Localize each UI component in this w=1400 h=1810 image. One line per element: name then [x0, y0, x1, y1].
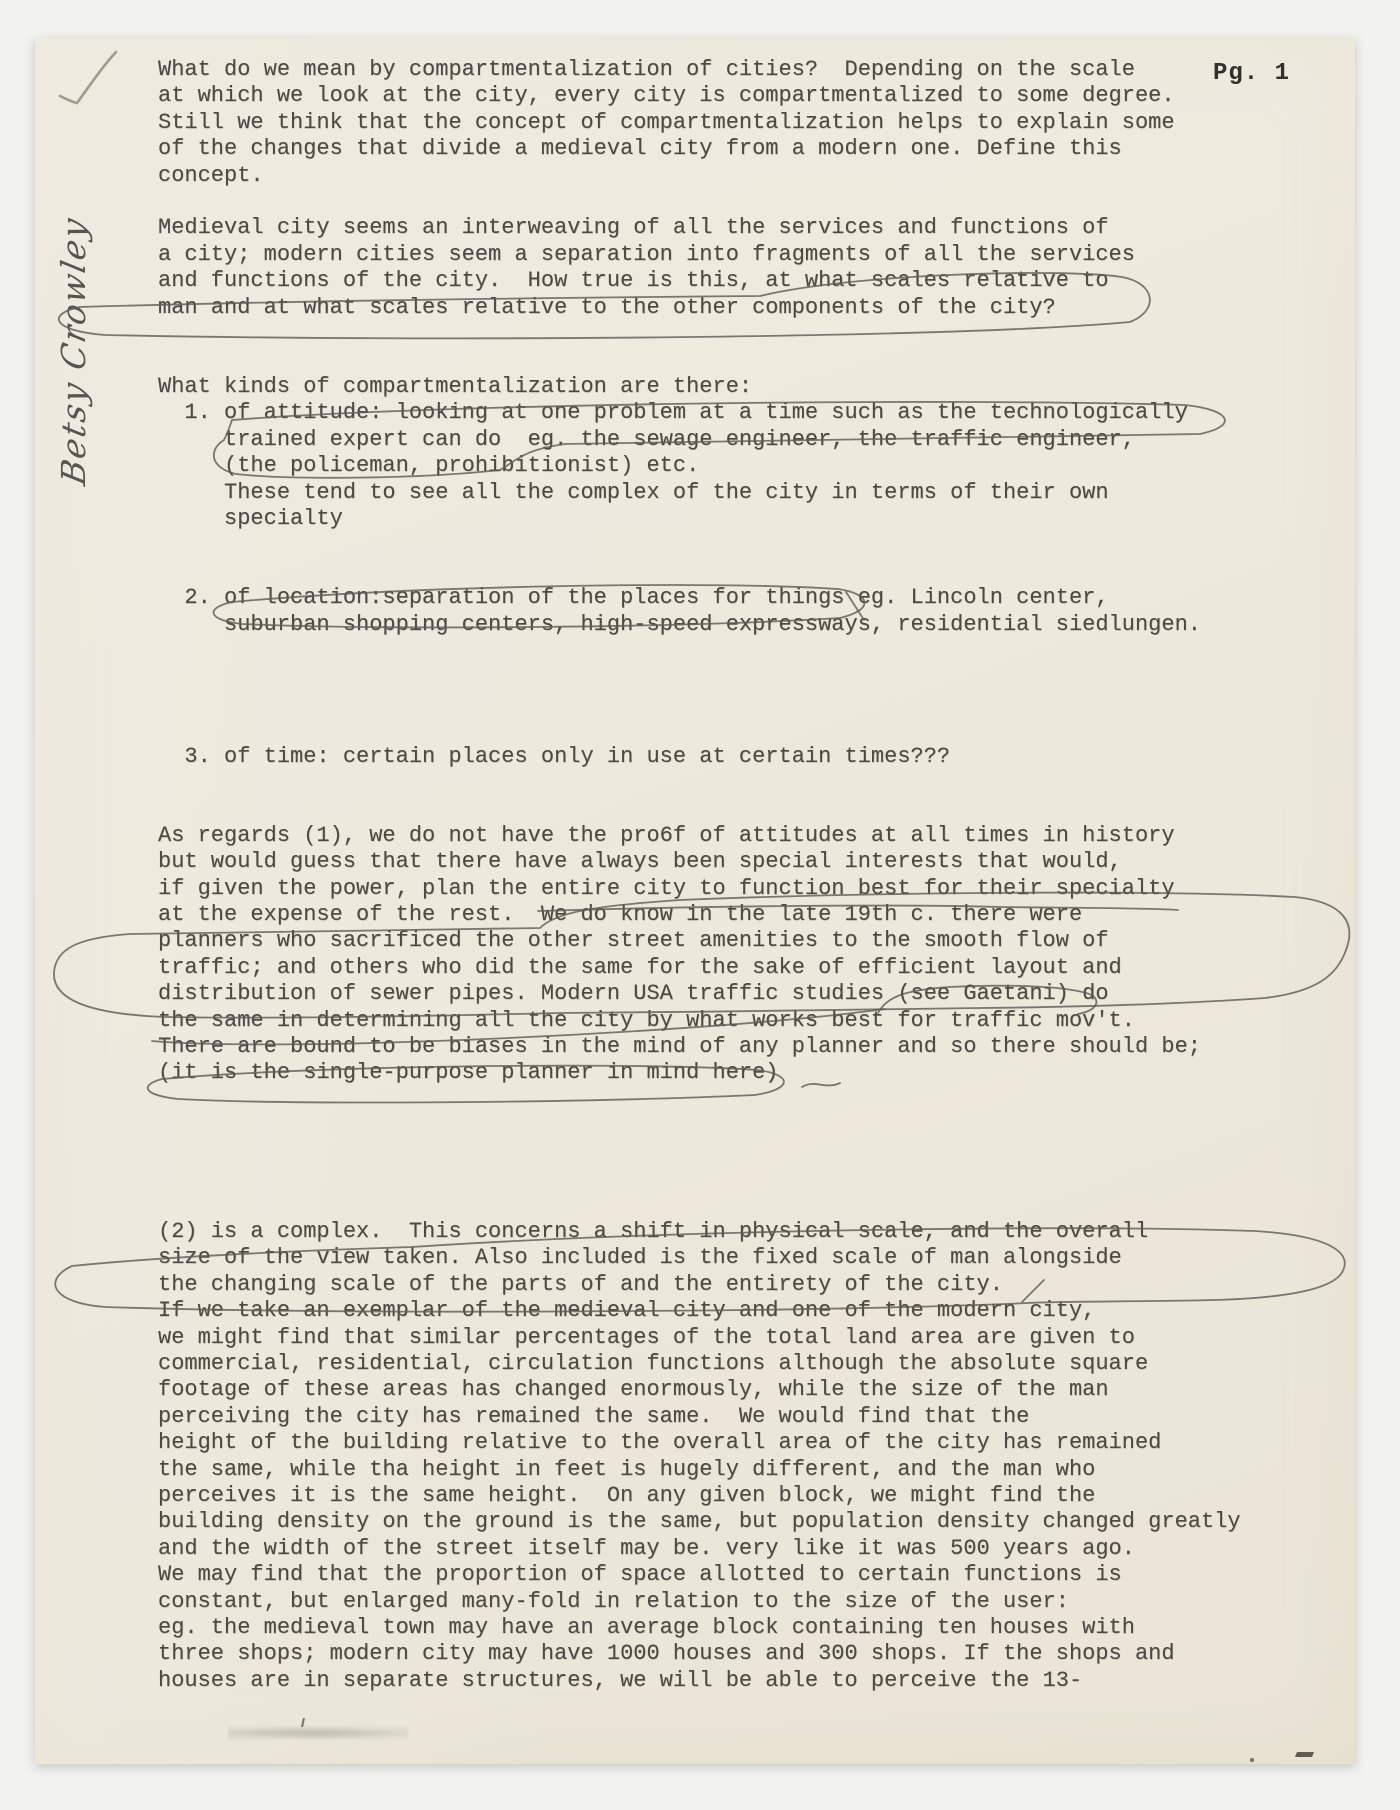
illegible-faded-text — [228, 1724, 408, 1742]
bottom-corner-dot — [1250, 1758, 1254, 1762]
page-number-label: Pg. 1 — [1213, 60, 1290, 87]
bottom-corner-ink-mark — [1295, 1752, 1314, 1757]
scanned-document-page: { "page": { "page_label": "Pg. 1", "hand… — [0, 0, 1400, 1810]
typed-text: What do we mean by compartmentalization … — [158, 57, 1241, 1694]
handwritten-name: Betsy Crowley — [54, 213, 93, 488]
